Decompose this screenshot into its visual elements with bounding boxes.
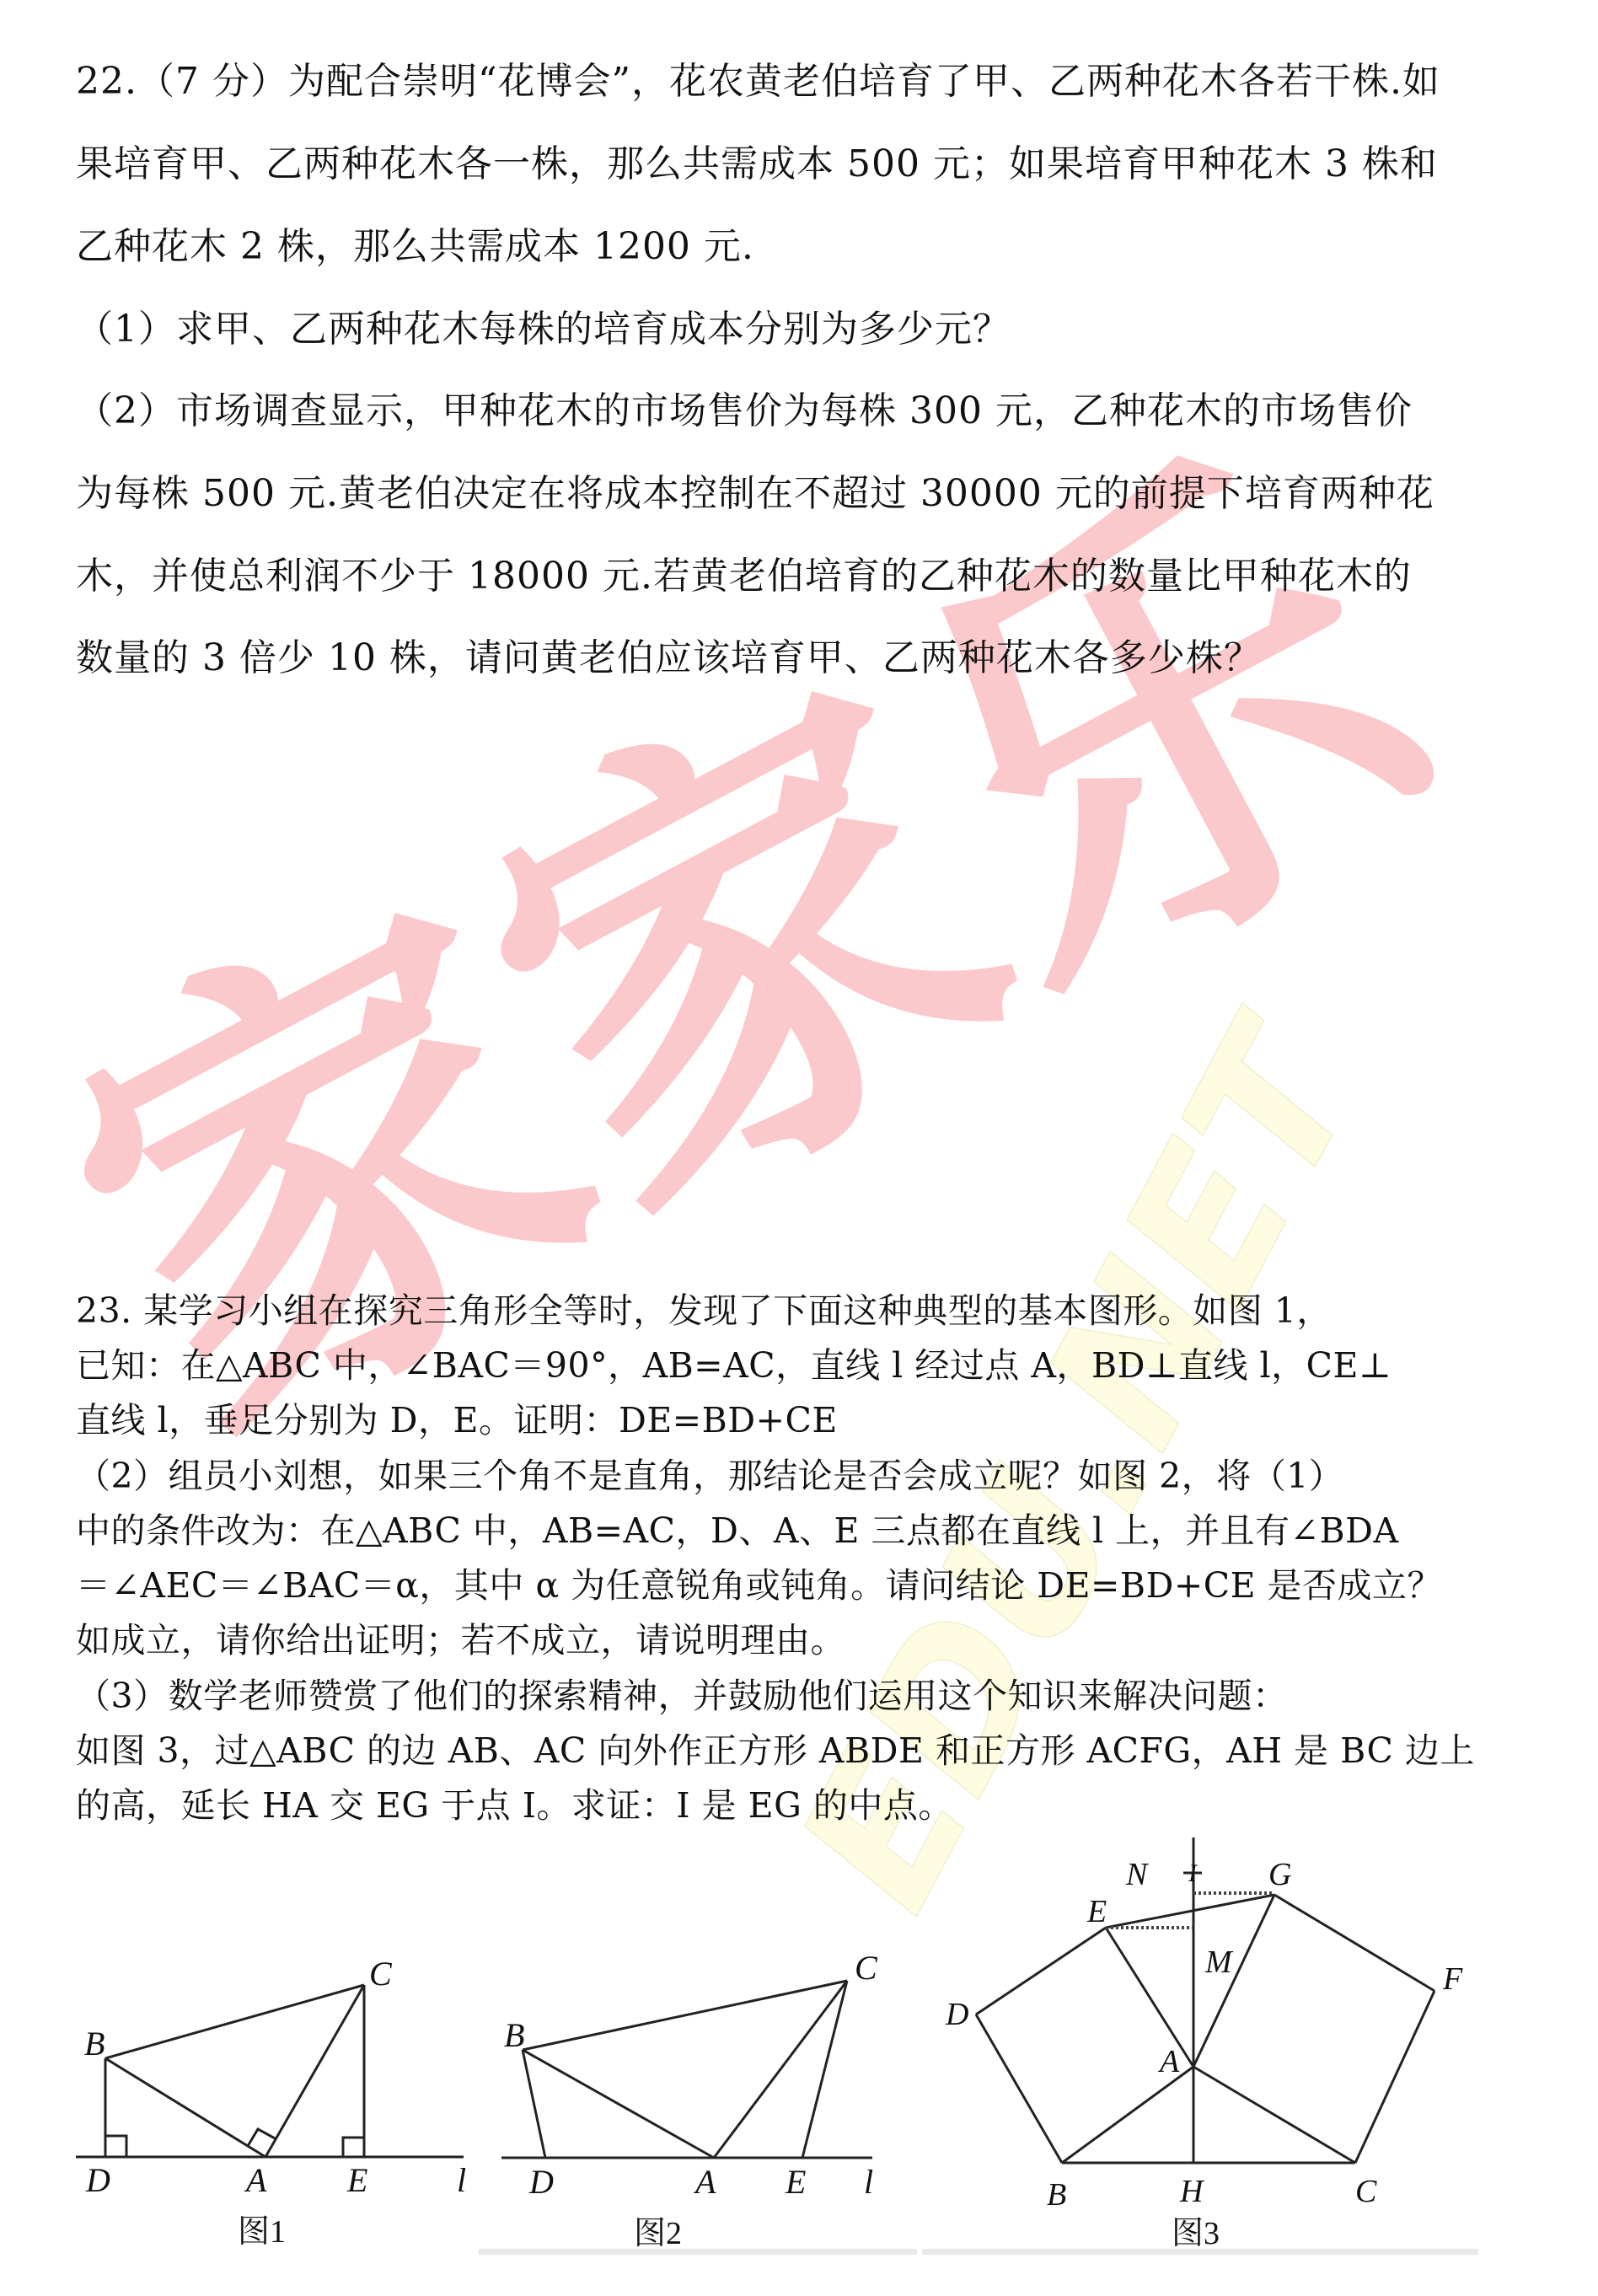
figure-1-diagram: B C D A E l 图1 (51, 1939, 489, 2276)
label-E: E (1086, 1894, 1107, 1929)
figure-2-caption: 图2 (634, 2216, 682, 2251)
label-D: D (85, 2161, 110, 2199)
problem-22-line: 木，并使总利润不少于 18000 元.若黄老伯培育的乙种花木的数量比甲种花木的 (76, 545, 1412, 599)
label-D: D (528, 2163, 554, 2201)
problem-23-part-3: （3）数学老师赞赏了他们的探索精神，并鼓励他们运用这个知识来解决问题： (76, 1668, 1288, 1718)
problem-23-line: ＝∠AEC＝∠BAC＝α，其中 α 为任意锐角或钝角。请问结论 DE=BD+CE… (76, 1558, 1442, 1607)
label-E: E (785, 2163, 806, 2201)
problem-22-line: 果培育甲、乙两种花木各一株，那么共需成本 500 元；如果培育甲种花木 3 株和 (76, 133, 1438, 187)
label-B: B (504, 2016, 524, 2054)
problem-22-line: 数量的 3 倍少 10 株，请问黄老伯应该培育甲、乙两种花木各多少株？ (76, 627, 1262, 681)
figure-1-caption: 图1 (238, 2214, 286, 2250)
label-N: N (1125, 1857, 1150, 1892)
label-A: A (1157, 2044, 1180, 2079)
label-F: F (1442, 1961, 1463, 1997)
problem-22-line: 为每株 500 元.黄老伯决定在将成本控制在不超过 30000 元的前提下培育两… (76, 463, 1434, 517)
figure-3: N I G E M F D A B H C 图3 (927, 1837, 1500, 2262)
figure-divider (922, 2249, 1478, 2255)
label-l: l (864, 2163, 873, 2201)
figure-2: B C D A E l 图2 (480, 1930, 902, 2262)
problem-23-part-2: （2）组员小刘想，如果三个角不是直角，那结论是否会成立呢？如图 2，将（1） (76, 1448, 1343, 1498)
label-l: l (457, 2161, 466, 2199)
label-C: C (1355, 2174, 1377, 2209)
problem-23-line: 已知：在△ABC 中，∠BAC＝90°，AB=AC，直线 l 经过点 A，BD⊥… (76, 1338, 1392, 1387)
problem-23-line: 如图 3，过△ABC 的边 AB、AC 向外作正方形 ABDE 和正方形 ACF… (76, 1723, 1475, 1773)
label-A: A (244, 2161, 267, 2199)
label-C: C (855, 1949, 878, 1987)
label-A: A (693, 2163, 716, 2201)
label-B: B (1047, 2177, 1066, 2213)
label-M: M (1204, 1945, 1234, 1980)
figure-divider (479, 2249, 917, 2255)
problem-22-line: 乙种花木 2 株，那么共需成本 1200 元. (76, 216, 754, 270)
label-H: H (1179, 2174, 1205, 2209)
figure-3-diagram: N I G E M F D A B H C 图3 (927, 1837, 1500, 2259)
problem-23-line: 直线 l，垂足分别为 D，E。证明：DE=BD+CE (76, 1392, 838, 1442)
problem-22-part-2: （2）市场调查显示，甲种花木的市场售价为每株 300 元，乙种花木的市场售价 (76, 380, 1413, 434)
label-G: G (1268, 1857, 1291, 1892)
problem-22-part-1: （1）求甲、乙两种花木每株的培育成本分别为多少元？ (76, 298, 1011, 352)
problem-22-line: 22.（7 分）为配合崇明“花博会”，花农黄老伯培育了甲、乙两种花木各若干株.如 (76, 51, 1440, 105)
label-E: E (346, 2161, 367, 2199)
label-B: B (84, 2025, 105, 2063)
problem-23-line: 中的条件改为：在△ABC 中，AB=AC，D、A、E 三点都在直线 l 上，并且… (76, 1503, 1399, 1553)
figure-1: B C D A E l 图1 (51, 1939, 489, 2279)
label-D: D (945, 1997, 968, 2032)
problem-23-line: 23. 某学习小组在探究三角形全等时，发现了下面这种典型的基本图形。如图 1， (76, 1283, 1332, 1333)
problem-23-line: 如成立，请你给出证明；若不成立，请说明理由。 (76, 1612, 845, 1662)
figure-3-caption: 图3 (1172, 2216, 1220, 2251)
label-C: C (369, 1955, 393, 1993)
problem-23-line: 的高，延长 HA 交 EG 于点 I。求证：I 是 EG 的中点。 (76, 1778, 953, 1827)
figure-2-diagram: B C D A E l 图2 (480, 1930, 902, 2259)
